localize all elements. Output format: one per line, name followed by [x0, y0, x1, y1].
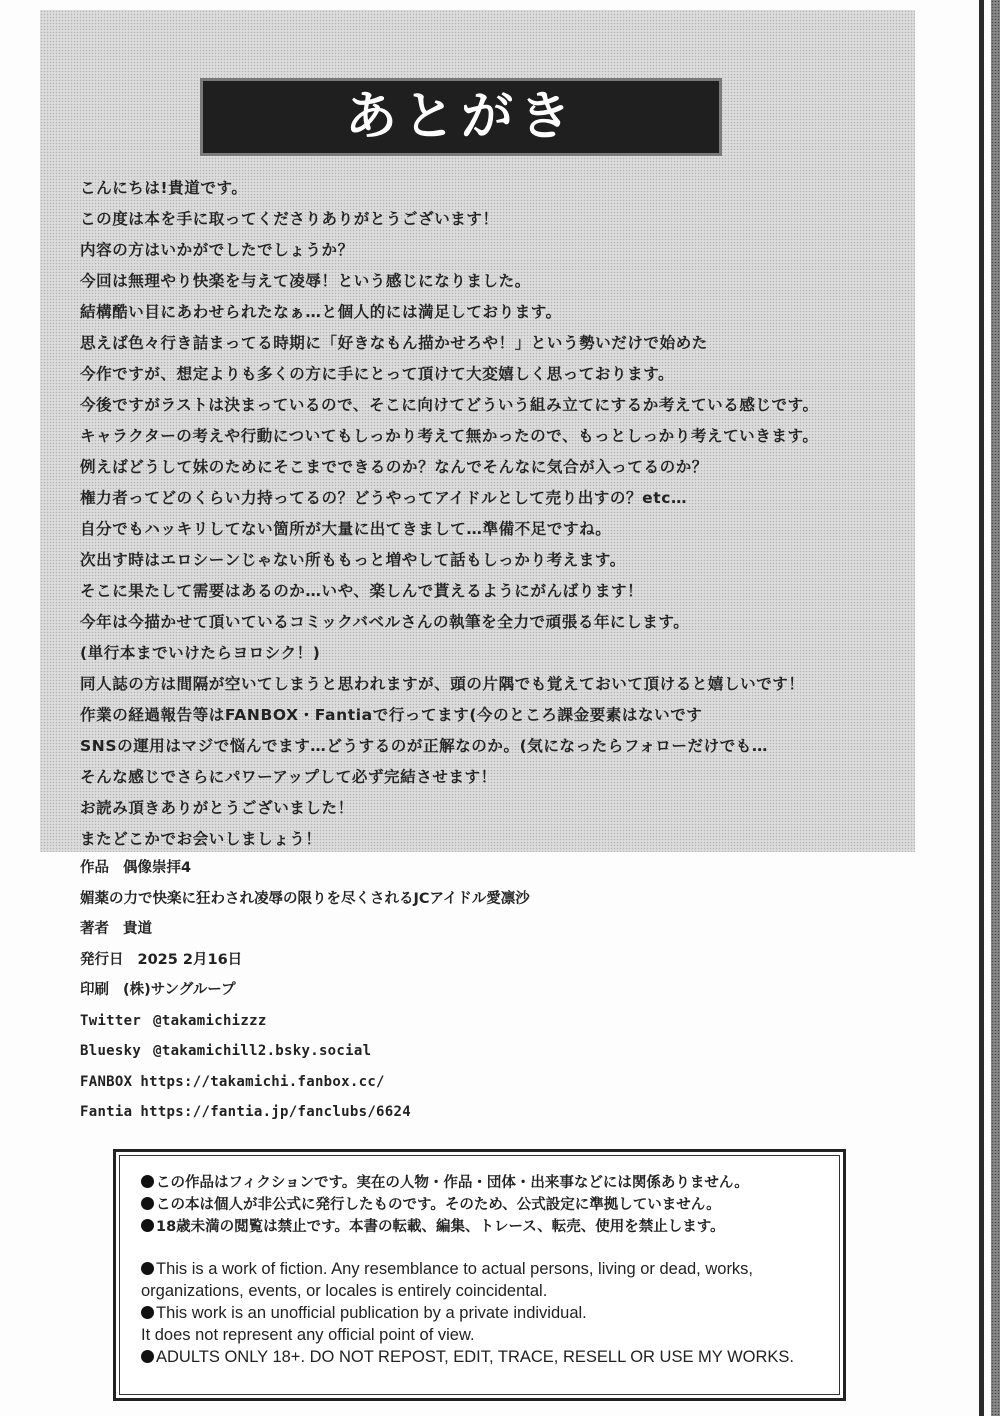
afterword-line: SNSの運用はマジで悩んでます…どうするのが正解なのか。(気になったらフォローだ… [80, 731, 900, 762]
work-subtitle: 媚薬の力で快楽に狂わされ凌辱の限りを尽くされるJCアイドル愛凛沙 [80, 891, 530, 907]
afterword-line: 同人誌の方は間隔が空いてしまうと思われますが、頭の片隅でも覚えておいて頂けると嬉… [80, 669, 900, 700]
author-label: 著者 [80, 914, 109, 945]
colophon-fantia: Fantiahttps://fantia.jp/fanclubs/6624 [80, 1097, 880, 1128]
bluesky-label: Bluesky [80, 1036, 141, 1067]
afterword-line: 結構酷い目にあわせられたなぁ…と個人的には満足しております。 [80, 297, 900, 328]
colophon-subtitle: 媚薬の力で快楽に狂わされ凌辱の限りを尽くされるJCアイドル愛凛沙 [80, 884, 880, 915]
notice-text: 18歳未満の閲覧は禁止です。本書の転載、編集、トレース、転売、使用を禁止します。 [156, 1219, 725, 1235]
colophon-printer: 印刷(株)サングループ [80, 975, 880, 1006]
notice-english: This is a work of fiction. Any resemblan… [141, 1258, 829, 1368]
notice-content: この作品はフィクションです。実在の人物・作品・団体・出来事などには関係ありません… [141, 1172, 829, 1368]
notice-box: この作品はフィクションです。実在の人物・作品・団体・出来事などには関係ありません… [113, 1149, 846, 1401]
afterword-line: 自分でもハッキリしてない箇所が大量に出てきまして…準備不足ですね。 [80, 514, 900, 545]
afterword-line: 例えばどうして妹のためにそこまでできるのか？なんでそんなに気合が入ってるのか？ [80, 452, 900, 483]
printer-label: 印刷 [80, 975, 109, 1006]
notice-text: この本は個人が非公式に発行したものです。そのため、公式設定に準拠していません。 [156, 1197, 721, 1213]
colophon: 作品偶像崇拝4 媚薬の力で快楽に狂わされ凌辱の限りを尽くされるJCアイドル愛凛沙… [80, 853, 880, 1128]
afterword-line: 思えば色々行き詰まってる時期に「好きなもん描かせろや！」という勢いだけで始めた [80, 328, 900, 359]
notice-line: This work is an unofficial publication b… [141, 1302, 829, 1324]
bullet-icon [141, 1219, 154, 1232]
notice-line: organizations, events, or locales is ent… [141, 1280, 829, 1302]
bullet-icon [141, 1197, 154, 1210]
colophon-date: 発行日2025 2月16日 [80, 945, 880, 976]
notice-text: This work is an unofficial publication b… [156, 1304, 587, 1322]
publish-date: 2025 2月16日 [138, 952, 243, 968]
afterword-line: 今作ですが、想定よりも多くの方に手にとって頂けて大変嬉しく思っております。 [80, 359, 900, 390]
afterword-line: そこに果たして需要はあるのか…いや、楽しんで貰えるようにがんばります！ [80, 576, 900, 607]
notice-text: この作品はフィクションです。実在の人物・作品・団体・出来事などには関係ありません… [156, 1175, 749, 1191]
afterword-line: (単行本までいけたらヨロシク！) [80, 638, 900, 669]
date-label: 発行日 [80, 945, 124, 976]
afterword-line: そんな感じでさらにパワーアップして必ず完結させます！ [80, 762, 900, 793]
work-title: 偶像崇拝4 [123, 860, 191, 876]
afterword-text: こんにちは!貴道です。 この度は本を手に取ってくださりありがとうございます！ 内… [80, 173, 900, 855]
fanbox-label: FANBOX [80, 1067, 132, 1098]
bluesky-handle: @takamichill2.bsky.social [153, 1043, 371, 1059]
afterword-line: 今後ですがラストは決まっているので、そこに向けてどういう組み立てにするか考えてい… [80, 390, 900, 421]
afterword-line: 作業の経過報告等はFANBOX・Fantiaで行ってます(今のところ課金要素はな… [80, 700, 900, 731]
notice-japanese: この作品はフィクションです。実在の人物・作品・団体・出来事などには関係ありません… [141, 1172, 829, 1238]
notice-line: ADULTS ONLY 18+. DO NOT REPOST, EDIT, TR… [141, 1346, 829, 1368]
bullet-icon [141, 1175, 154, 1188]
notice-text: This is a work of fiction. Any resemblan… [156, 1260, 753, 1278]
afterword-line: 今回は無理やり快楽を与えて凌辱！という感じになりました。 [80, 266, 900, 297]
binding-edge-line [979, 0, 984, 1416]
fanbox-url: https://takamichi.fanbox.cc/ [140, 1074, 384, 1090]
work-label: 作品 [80, 853, 109, 884]
colophon-fanbox: FANBOXhttps://takamichi.fanbox.cc/ [80, 1067, 880, 1098]
page-title: あとがき [345, 91, 577, 143]
notice-line: This is a work of fiction. Any resemblan… [141, 1258, 829, 1280]
colophon-author: 著者貴道 [80, 914, 880, 945]
notice-line: この本は個人が非公式に発行したものです。そのため、公式設定に準拠していません。 [141, 1194, 829, 1216]
binding-edge-tone [991, 0, 1000, 1416]
bullet-icon [141, 1306, 154, 1319]
fantia-url: https://fantia.jp/fanclubs/6624 [140, 1104, 411, 1120]
notice-line: この作品はフィクションです。実在の人物・作品・団体・出来事などには関係ありません… [141, 1172, 829, 1194]
notice-text: ADULTS ONLY 18+. DO NOT REPOST, EDIT, TR… [156, 1348, 794, 1366]
notice-text: It does not represent any official point… [141, 1326, 475, 1344]
bullet-icon [141, 1262, 154, 1275]
afterword-line: 内容の方はいかがでしたでしょうか？ [80, 235, 900, 266]
afterword-line: 権力者ってどのくらい力持ってるの？どうやってアイドルとして売り出すの？etc… [80, 483, 900, 514]
afterword-line: またどこかでお会いしましょう！ [80, 824, 900, 855]
twitter-label: Twitter [80, 1006, 141, 1037]
notice-text: organizations, events, or locales is ent… [141, 1282, 547, 1300]
printer-name: (株)サングループ [123, 982, 236, 998]
afterword-page: あとがき こんにちは!貴道です。 この度は本を手に取ってくださりありがとうござい… [0, 0, 1000, 1416]
afterword-line: この度は本を手に取ってくださりありがとうございます！ [80, 204, 900, 235]
colophon-work: 作品偶像崇拝4 [80, 853, 880, 884]
notice-line: It does not represent any official point… [141, 1324, 829, 1346]
author-name: 貴道 [123, 921, 152, 937]
colophon-twitter: Twitter@takamichizzz [80, 1006, 880, 1037]
afterword-line: お読み頂きありがとうございました！ [80, 793, 900, 824]
afterword-line: 次出す時はエロシーンじゃない所ももっと増やして話もしっかり考えます。 [80, 545, 900, 576]
colophon-bluesky: Bluesky@takamichill2.bsky.social [80, 1036, 880, 1067]
fantia-label: Fantia [80, 1097, 132, 1128]
afterword-line: 今年は今描かせて頂いているコミックバベルさんの執筆を全力で頑張る年にします。 [80, 607, 900, 638]
title-banner: あとがき [200, 78, 722, 156]
notice-line: 18歳未満の閲覧は禁止です。本書の転載、編集、トレース、転売、使用を禁止します。 [141, 1216, 829, 1238]
bullet-icon [141, 1350, 154, 1363]
twitter-handle: @takamichizzz [153, 1013, 266, 1029]
afterword-line: こんにちは!貴道です。 [80, 173, 900, 204]
afterword-line: キャラクターの考えや行動についてもしっかり考えて無かったので、もっとしっかり考え… [80, 421, 900, 452]
